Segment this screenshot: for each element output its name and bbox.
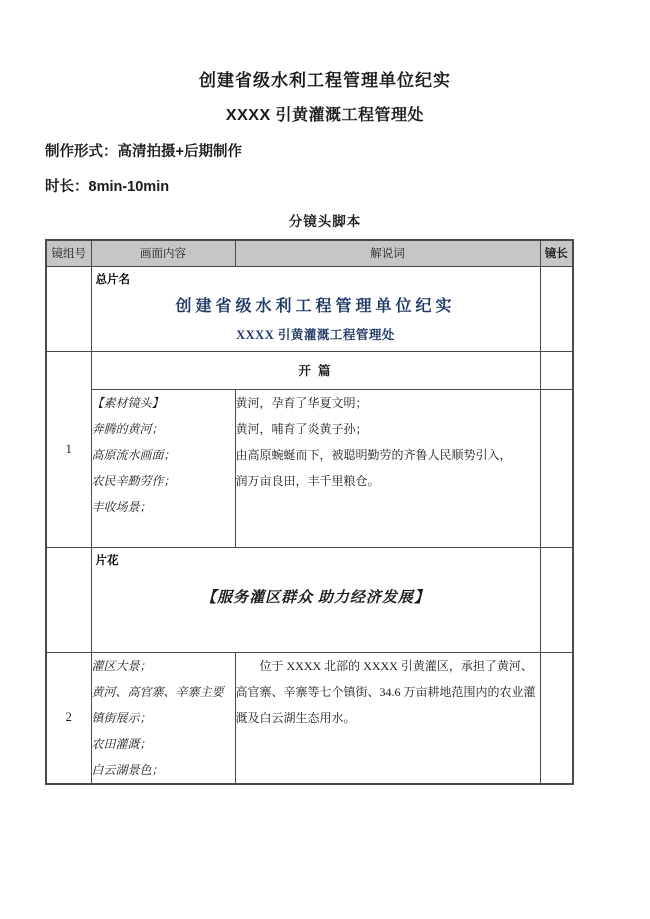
storyboard-table: 镜组号 画面内容 解说词 镜长 总片名 创建省级水利工程管理单位纪实 XXXX … [45, 239, 574, 785]
interlude-row: 片花 【服务灌区群众 助力经济发展】 [46, 547, 573, 652]
opening-cell: 开 篇 [91, 351, 540, 389]
header-narration: 解说词 [235, 240, 540, 266]
film-title-cell: 总片名 创建省级水利工程管理单位纪实 XXXX 引黄灌溉工程管理处 [91, 266, 540, 351]
film-title-shot-length-cell [540, 266, 573, 351]
film-main-title: 创建省级水利工程管理单位纪实 [92, 293, 540, 316]
shot2-narration-cell: 位于 XXXX 北部的 XXXX 引黄灌区，承担了黄河、高官寨、辛寨等七个镇街、… [235, 652, 540, 784]
production-form-line: 制作形式：高清拍摄+后期制作 [45, 140, 242, 161]
shot2-visuals-cell: 灌区大景； 黄河、高官寨、辛寨主要镇街展示； 农田灌溉； 白云湖景色； [91, 652, 235, 784]
shot1-visual-line: 【素材镜头】 [92, 390, 235, 416]
film-title-row: 总片名 创建省级水利工程管理单位纪实 XXXX 引黄灌溉工程管理处 [46, 266, 573, 351]
shot2-visual-line: 白云湖景色； [92, 757, 235, 783]
film-title-shot-group-cell [46, 266, 91, 351]
shot1-narration-line: 润万亩良田，丰千里粮仓。 [236, 468, 540, 494]
interlude-title: 【服务灌区群众 助力经济发展】 [92, 586, 540, 607]
shot2-row: 2 灌区大景； 黄河、高官寨、辛寨主要镇街展示； 农田灌溉； 白云湖景色； 位于… [46, 652, 573, 784]
document-page: 创建省级水利工程管理单位纪实 XXXX 引黄灌溉工程管理处 制作形式：高清拍摄+… [0, 0, 650, 919]
storyboard-caption: 分镜头脚本 [0, 210, 650, 230]
interlude-label: 片花 [96, 552, 119, 568]
shot1-visual-line: 奔腾的黄河； [92, 416, 235, 442]
shot1-shot-length-cell [540, 389, 573, 547]
shot2-number-cell: 2 [46, 652, 91, 784]
interlude-shot-group-cell [46, 547, 91, 652]
opening-row: 1 开 篇 [46, 351, 573, 389]
document-title-line2: XXXX 引黄灌溉工程管理处 [0, 102, 650, 125]
film-sub-title: XXXX 引黄灌溉工程管理处 [92, 325, 540, 343]
header-visual-content: 画面内容 [91, 240, 235, 266]
shot1-visual-line: 高原流水画面； [92, 442, 235, 468]
shot1-narration-line: 黄河，哺育了炎黄子孙； [236, 416, 540, 442]
shot1-narration-line: 黄河，孕育了华夏文明； [236, 390, 540, 416]
shot1-row: 【素材镜头】 奔腾的黄河； 高原流水画面； 农民辛勤劳作； 丰收场景； 黄河，孕… [46, 389, 573, 547]
shot1-visuals-cell: 【素材镜头】 奔腾的黄河； 高原流水画面； 农民辛勤劳作； 丰收场景； [91, 389, 235, 547]
shot2-visual-line: 灌区大景； [92, 653, 235, 679]
interlude-cell: 片花 【服务灌区群众 助力经济发展】 [91, 547, 540, 652]
shot2-visual-line: 农田灌溉； [92, 731, 235, 757]
shot1-narration-cell: 黄河，孕育了华夏文明； 黄河，哺育了炎黄子孙； 由高原蜿蜒而下，被聪明勤劳的齐鲁… [235, 389, 540, 547]
shot1-number-cell: 1 [46, 351, 91, 547]
opening-shot-length-cell [540, 351, 573, 389]
interlude-shot-length-cell [540, 547, 573, 652]
film-title-label: 总片名 [96, 271, 131, 287]
shot1-narration-line: 由高原蜿蜒而下，被聪明勤劳的齐鲁人民顺势引入， [236, 442, 540, 468]
duration-line: 时长：8min-10min [45, 175, 169, 196]
header-shot-length: 镜长 [540, 240, 573, 266]
document-title-line1: 创建省级水利工程管理单位纪实 [0, 66, 650, 91]
shot1-visual-line: 农民辛勤劳作； [92, 468, 235, 494]
shot1-visual-line: 丰收场景； [92, 494, 235, 520]
header-shot-group: 镜组号 [46, 240, 91, 266]
shot2-shot-length-cell [540, 652, 573, 784]
shot2-narration-paragraph: 位于 XXXX 北部的 XXXX 引黄灌区，承担了黄河、高官寨、辛寨等七个镇街、… [236, 653, 540, 731]
shot2-visual-line: 黄河、高官寨、辛寨主要镇街展示； [92, 679, 235, 731]
table-header-row: 镜组号 画面内容 解说词 镜长 [46, 240, 573, 266]
